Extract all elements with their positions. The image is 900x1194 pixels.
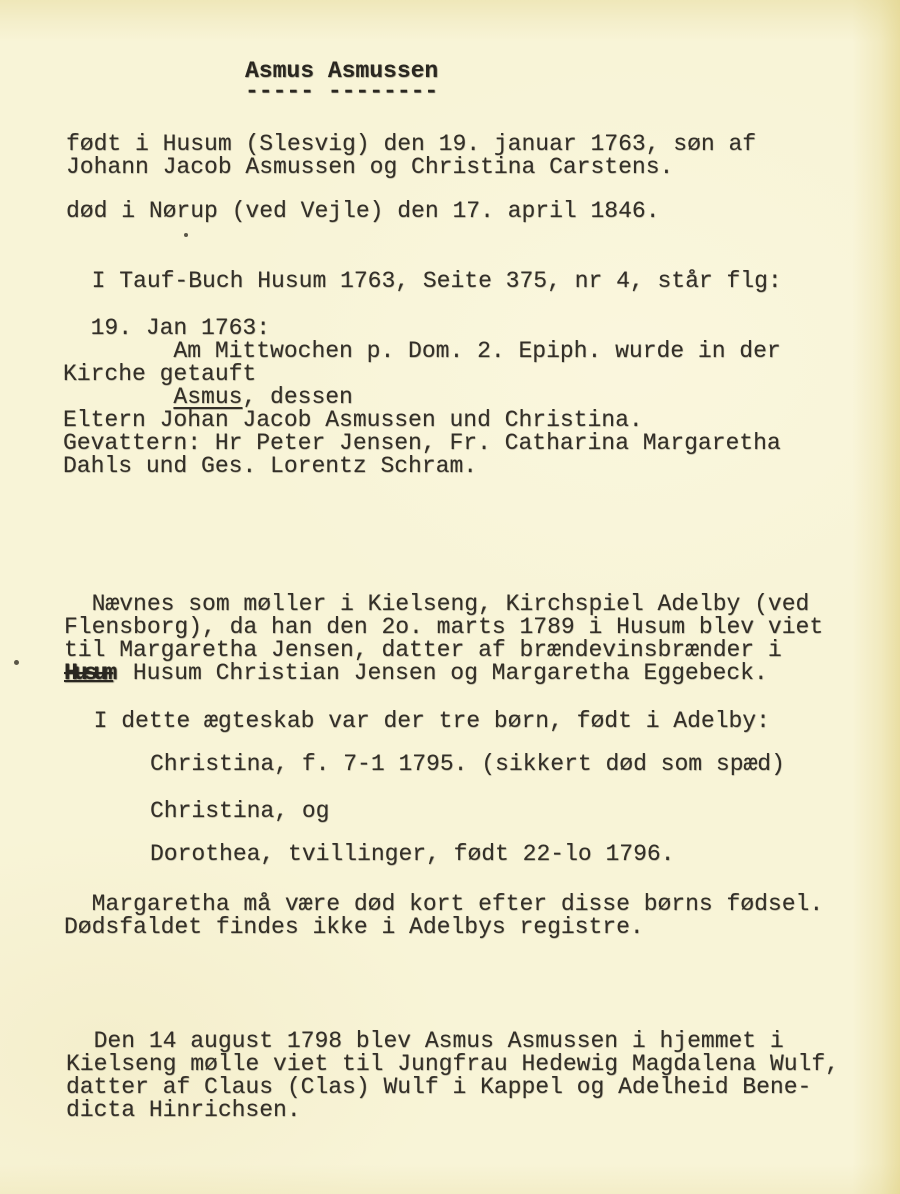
overstruck-word: Husum	[64, 662, 113, 685]
child-entry-2: Christina, og	[150, 800, 329, 823]
death-paragraph: død i Nørup (ved Vejle) den 17. april 18…	[66, 200, 660, 223]
child-entry-1: Christina, f. 7-1 1795. (sikkert død som…	[150, 753, 785, 776]
title-underline-dashes: ----- --------	[245, 80, 438, 103]
children-intro: I dette ægteskab var der tre børn, født …	[66, 710, 770, 733]
margaretha-death-paragraph: Margaretha må være død kort efter disse …	[64, 893, 823, 939]
baptism-record-text-before: 19. Jan 1763: Am Mittwochen p. Dom. 2. E…	[63, 315, 781, 410]
baptism-record: 19. Jan 1763: Am Mittwochen p. Dom. 2. E…	[63, 317, 781, 478]
first-marriage-text-after: Husum Christian Jensen og Margaretha Egg…	[119, 660, 768, 686]
birth-paragraph: født i Husum (Slesvig) den 19. januar 17…	[66, 133, 756, 179]
first-marriage-text-before: Nævnes som møller i Kielseng, Kirchspiel…	[64, 591, 823, 663]
child-entry-3: Dorothea, tvillinger, født 22-lo 1796.	[150, 843, 675, 866]
ink-speck	[14, 660, 19, 665]
ink-speck	[184, 233, 188, 237]
second-marriage-paragraph: Den 14 august 1798 blev Asmus Asmussen i…	[66, 1030, 839, 1122]
scanned-document-page: Asmus Asmussen ----- -------- født i Hus…	[0, 0, 900, 1194]
first-marriage-paragraph: Nævnes som møller i Kielseng, Kirchspiel…	[64, 593, 823, 685]
church-book-reference: I Tauf-Buch Husum 1763, Seite 375, nr 4,…	[64, 270, 782, 293]
